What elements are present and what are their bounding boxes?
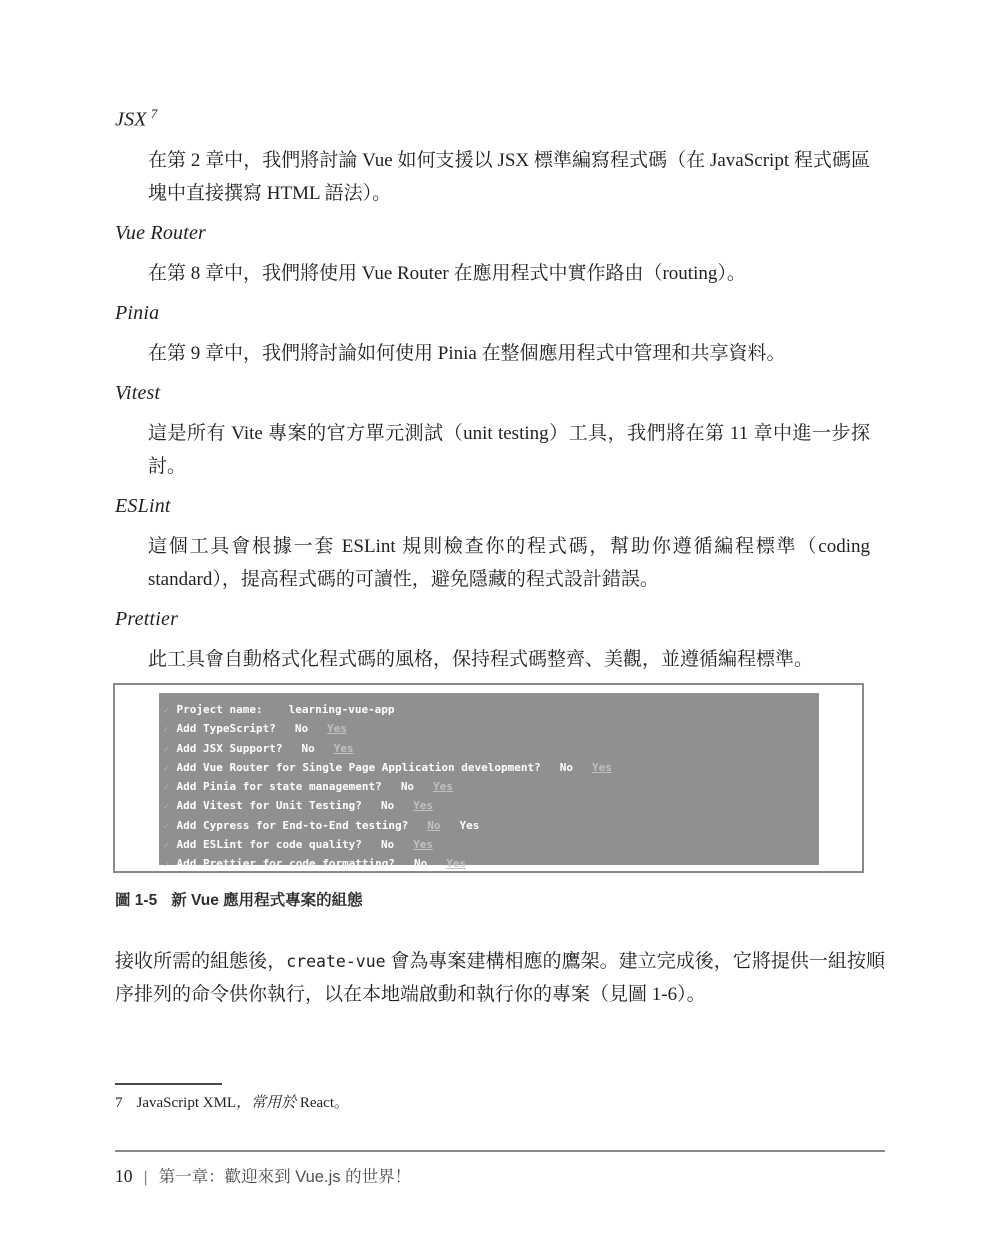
- footnote-block: 7JavaScript XML，常用於 React。: [115, 1083, 885, 1113]
- glossary-definition: 在第 2 章中，我們將討論 Vue 如何支援以 JSX 標準編寫程式碼（在 Ja…: [148, 144, 870, 210]
- checkmark-icon: ✓: [164, 857, 177, 874]
- footnote-text: ，常用於: [236, 1095, 300, 1111]
- prompt-label: Project name:: [177, 703, 263, 716]
- prompt-label: Add Vue Router for Single Page Applicati…: [177, 761, 541, 774]
- page-number: 10: [115, 1166, 133, 1186]
- footnote-reference: 7: [151, 106, 158, 121]
- checkmark-icon: ✓: [164, 838, 177, 855]
- page-footer: 10|第一章：歡迎來到 Vue.js 的世界！: [115, 1150, 885, 1187]
- book-page: JSX7 在第 2 章中，我們將討論 Vue 如何支援以 JSX 標準編寫程式碼…: [0, 0, 1000, 1243]
- checkmark-icon: ✓: [164, 761, 177, 778]
- checkmark-icon: ✓: [164, 799, 177, 816]
- option-no: No: [560, 761, 573, 774]
- option-yes: Yes: [460, 819, 480, 832]
- terminal-line-vitest: ✓Add Vitest for Unit Testing?NoYes: [164, 797, 819, 816]
- footnote-text: JavaScript XML: [137, 1095, 237, 1111]
- prompt-label: Add Pinia for state management?: [177, 780, 382, 793]
- checkmark-icon: ✓: [164, 722, 177, 739]
- option-no: No: [381, 799, 394, 812]
- prompt-label: Add TypeScript?: [177, 722, 276, 735]
- terminal-line-cypress: ✓Add Cypress for End-to-End testing?NoYe…: [164, 817, 819, 836]
- figure-frame: ✓Project name:learning-vue-app ✓Add Type…: [113, 683, 864, 873]
- glossary-term-prettier: Prettier: [115, 605, 885, 633]
- chapter-title: 第一章：歡迎來到 Vue.js 的世界！: [159, 1168, 411, 1186]
- inline-code: create-vue: [286, 952, 385, 971]
- option-yes: Yes: [433, 780, 453, 793]
- option-no: No: [427, 819, 440, 832]
- option-no: No: [401, 780, 414, 793]
- glossary-definition: 這是所有 Vite 專案的官方單元測試（unit testing）工具，我們將在…: [148, 417, 870, 483]
- option-yes: Yes: [327, 722, 347, 735]
- option-no: No: [295, 722, 308, 735]
- option-yes: Yes: [413, 838, 433, 851]
- footnote-divider: [115, 1083, 222, 1085]
- prompt-label: Add ESLint for code quality?: [177, 838, 362, 851]
- footnote-text: React。: [300, 1095, 349, 1111]
- glossary-definition: 在第 9 章中，我們將討論如何使用 Pinia 在整個應用程式中管理和共享資料。: [148, 337, 870, 370]
- glossary-term-pinia: Pinia: [115, 299, 885, 327]
- checkmark-icon: ✓: [164, 819, 177, 836]
- glossary-definition: 此工具會自動格式化程式碼的風格，保持程式碼整齊、美觀，並遵循編程標準。: [148, 643, 870, 676]
- project-name-value: learning-vue-app: [289, 703, 395, 716]
- glossary-term-vitest: Vitest: [115, 379, 885, 407]
- option-yes: Yes: [334, 742, 354, 755]
- terminal-line-pinia: ✓Add Pinia for state management?NoYes: [164, 778, 819, 797]
- checkmark-icon: ✓: [164, 780, 177, 797]
- terminal-line-project-name: ✓Project name:learning-vue-app: [164, 701, 819, 720]
- checkmark-icon: ✓: [164, 703, 177, 720]
- glossary-list: JSX7 在第 2 章中，我們將討論 Vue 如何支援以 JSX 標準編寫程式碼…: [115, 100, 885, 676]
- option-no: No: [381, 838, 394, 851]
- figure-caption-label: 圖 1-5: [115, 892, 157, 909]
- prompt-label: Add Cypress for End-to-End testing?: [177, 819, 409, 832]
- checkmark-icon: ✓: [164, 742, 177, 759]
- terminal-line-prettier: ✓Add Prettier for code formatting?NoYes: [164, 855, 819, 874]
- footnote: 7JavaScript XML，常用於 React。: [115, 1093, 885, 1113]
- prompt-label: Add Prettier for code formatting?: [177, 857, 396, 870]
- glossary-term-vue-router: Vue Router: [115, 219, 885, 247]
- paragraph-text: 接收所需的組態後，: [115, 951, 286, 972]
- terminal-line-vue-router: ✓Add Vue Router for Single Page Applicat…: [164, 759, 819, 778]
- terminal-line-typescript: ✓Add TypeScript?NoYes: [164, 720, 819, 739]
- prompt-label: Add JSX Support?: [177, 742, 283, 755]
- option-no: No: [414, 857, 427, 870]
- footer-separator: |: [133, 1169, 159, 1186]
- terminal-screenshot: ✓Project name:learning-vue-app ✓Add Type…: [159, 693, 819, 865]
- option-yes: Yes: [413, 799, 433, 812]
- glossary-term-jsx: JSX7: [115, 100, 885, 134]
- glossary-definition: 這個工具會根據一套 ESLint 規則檢查你的程式碼，幫助你遵循編程標準（cod…: [148, 530, 870, 596]
- prompt-label: Add Vitest for Unit Testing?: [177, 799, 362, 812]
- terminal-line-jsx: ✓Add JSX Support?NoYes: [164, 740, 819, 759]
- terminal-line-eslint: ✓Add ESLint for code quality?NoYes: [164, 836, 819, 855]
- footnote-number: 7: [115, 1095, 123, 1111]
- term-text: JSX: [115, 109, 147, 131]
- option-yes: Yes: [592, 761, 612, 774]
- figure-caption: 圖 1-5新 Vue 應用程式專案的組態: [115, 888, 363, 910]
- option-yes: Yes: [446, 857, 466, 870]
- option-no: No: [301, 742, 314, 755]
- body-paragraph: 接收所需的組態後，create-vue 會為專案建構相應的鷹架。建立完成後，它將…: [115, 945, 885, 1011]
- figure-caption-title: 新 Vue 應用程式專案的組態: [171, 892, 362, 909]
- glossary-term-eslint: ESLint: [115, 492, 885, 520]
- glossary-definition: 在第 8 章中，我們將使用 Vue Router 在應用程式中實作路由（rout…: [148, 257, 870, 290]
